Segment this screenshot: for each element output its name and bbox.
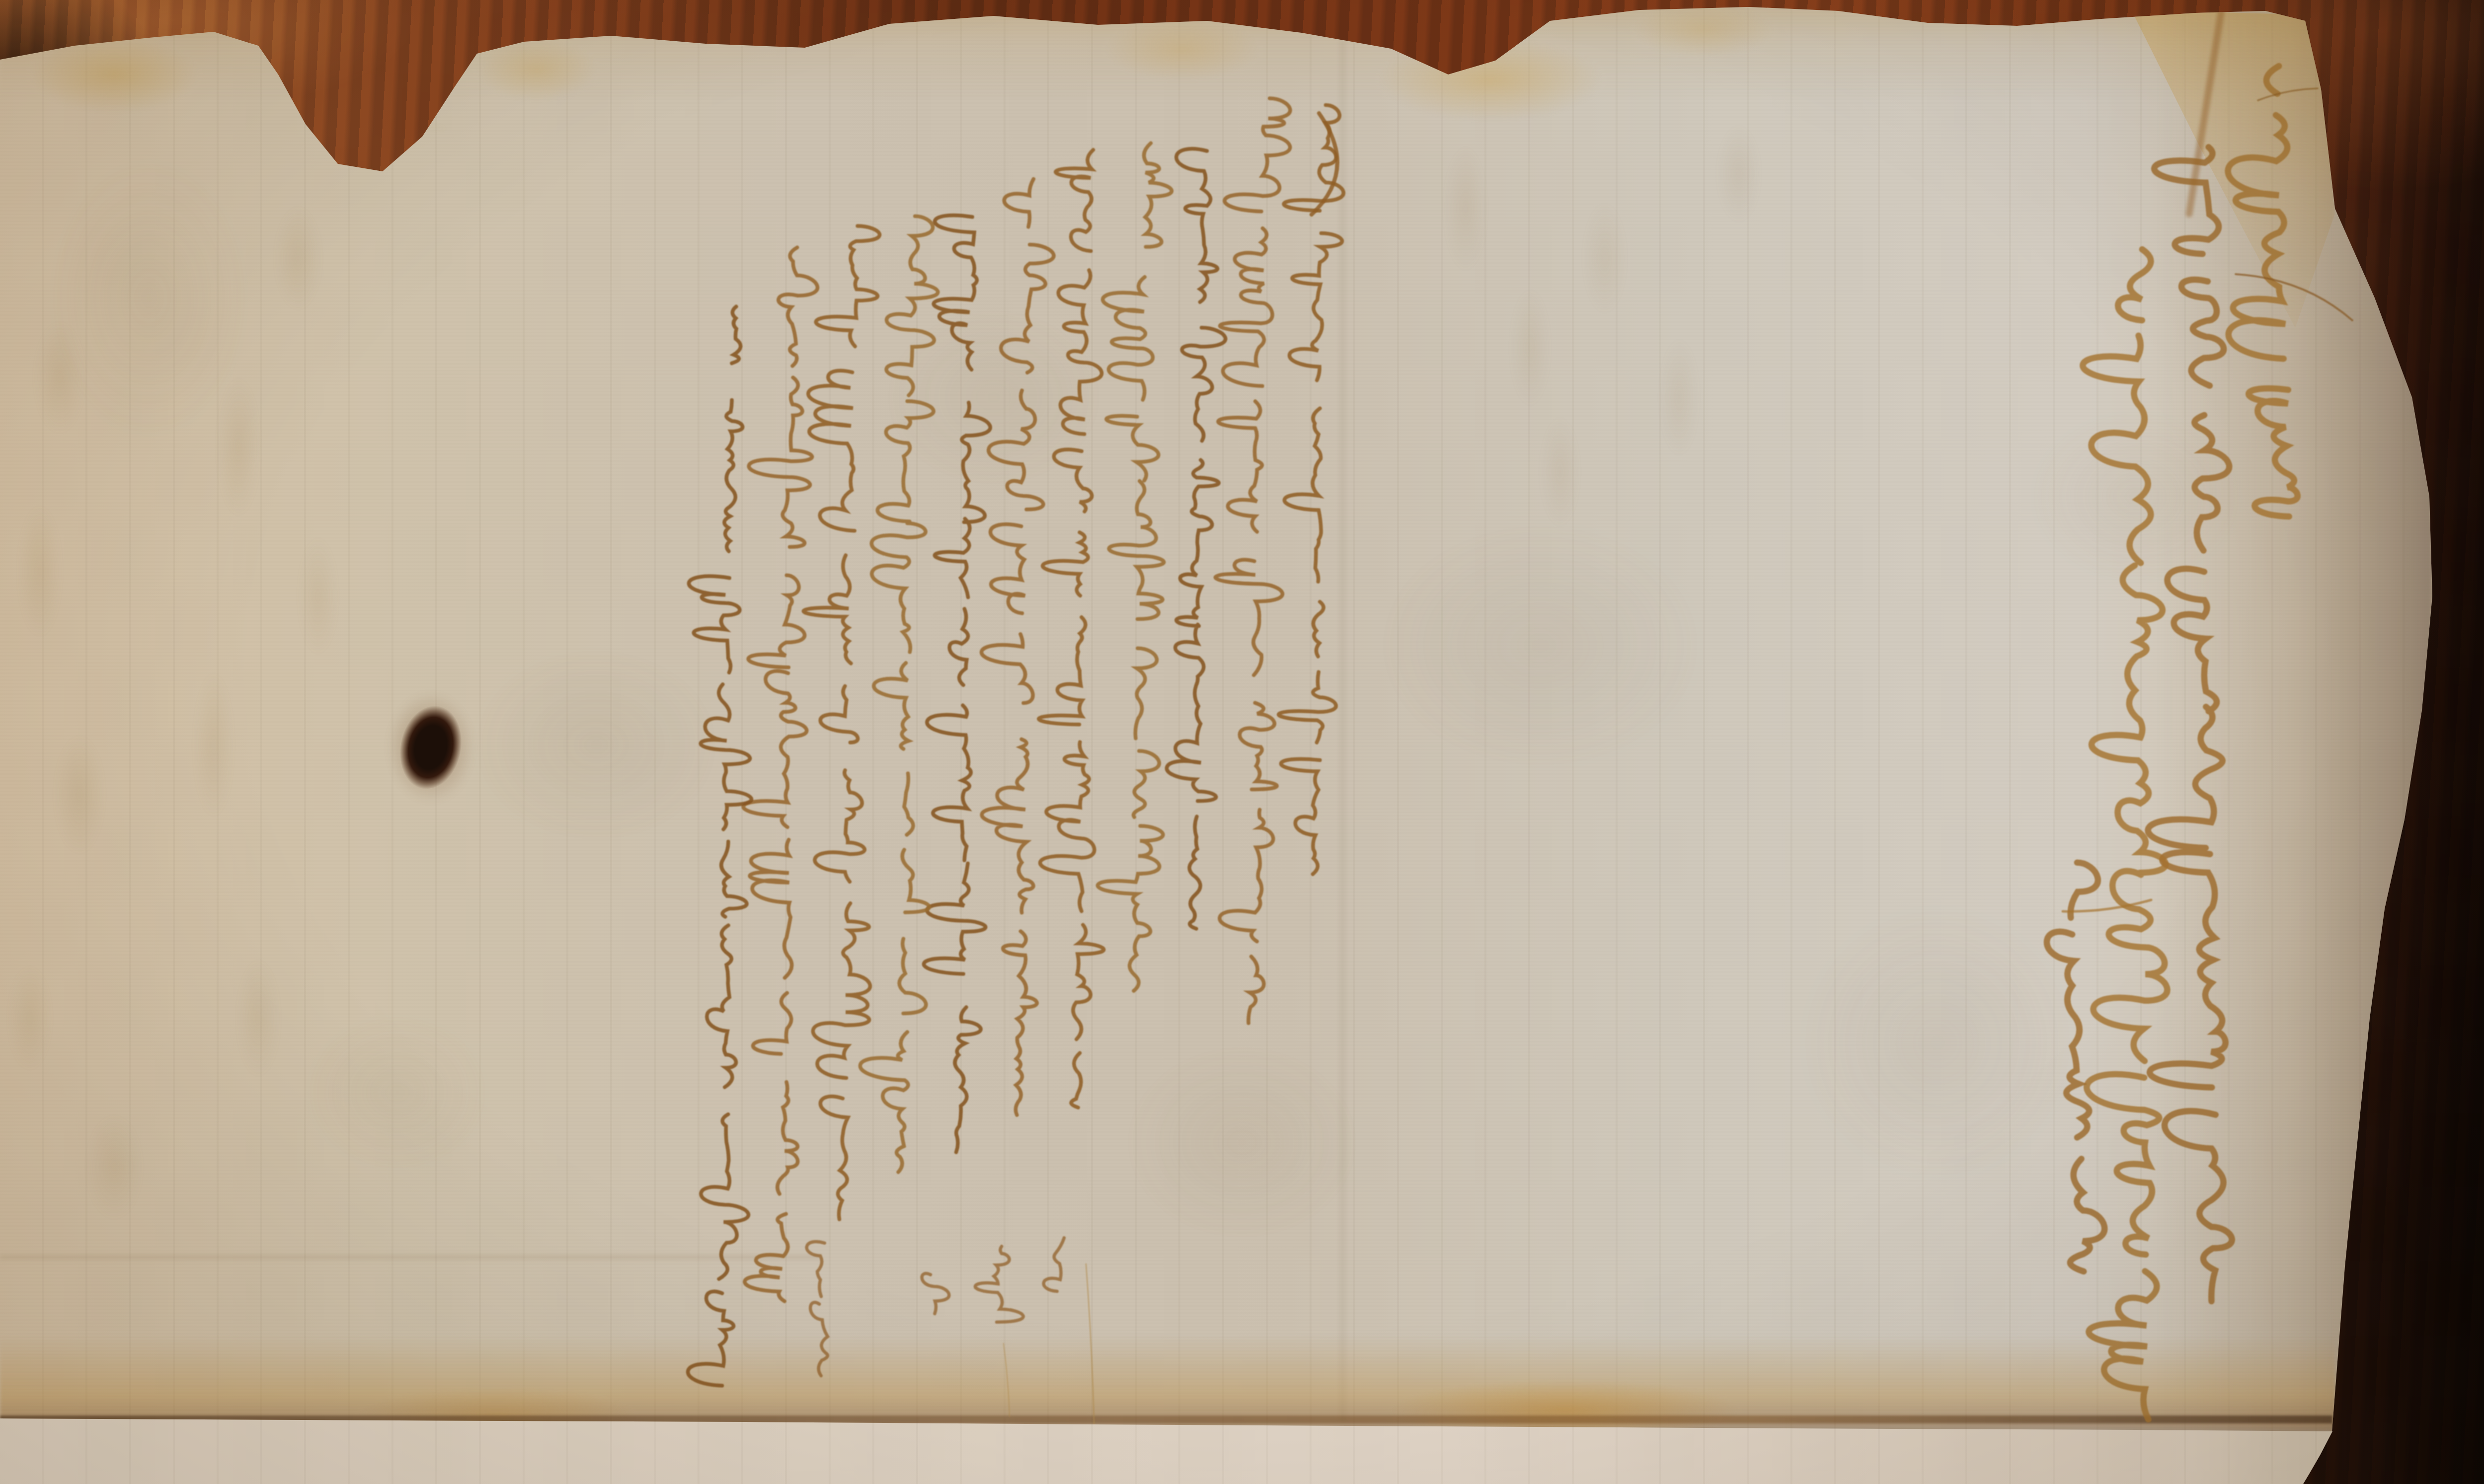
photo-frame xyxy=(0,0,2484,1484)
photo-vignette xyxy=(0,0,2484,1484)
